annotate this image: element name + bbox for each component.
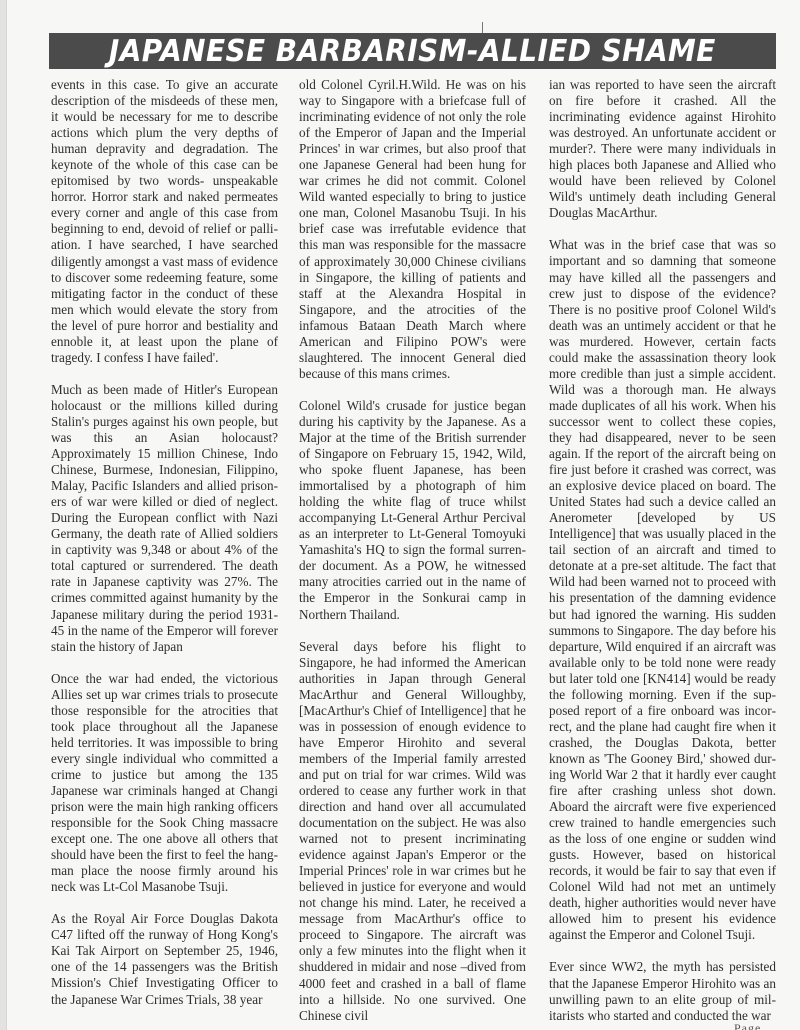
paragraph: old Colonel Cyril.H.Wild. He was on his … bbox=[299, 77, 526, 382]
paragraph: Several days before his flight to Singap… bbox=[299, 639, 526, 1024]
text-column-3: ian was reported to have seen the aircra… bbox=[549, 77, 776, 1024]
paragraph: events in this case. To give an accurate… bbox=[51, 77, 278, 366]
continued-footer: Page... bbox=[734, 1021, 773, 1030]
paragraph: As the Royal Air Force Douglas Dakota C4… bbox=[51, 911, 278, 1007]
paragraph: What was in the brief case that was so i… bbox=[549, 237, 776, 943]
paragraph: Ever since WW2, the myth has persisted t… bbox=[549, 959, 776, 1023]
paragraph: Colonel Wild's crusade for justice began… bbox=[299, 398, 526, 623]
page-binding-edge bbox=[0, 0, 7, 1030]
text-column-2: old Colonel Cyril.H.Wild. He was on his … bbox=[299, 77, 526, 1024]
paragraph: Once the war had ended, the victorious A… bbox=[51, 671, 278, 896]
paragraph: Much as been made of Hitler's European h… bbox=[51, 382, 278, 655]
article-title-banner: JAPANESE BARBARISM-ALLIED SHAME bbox=[49, 33, 776, 69]
article-title: JAPANESE BARBARISM-ALLIED SHAME bbox=[109, 34, 716, 69]
registration-mark bbox=[482, 22, 483, 33]
text-column-1: events in this case. To give an accurate… bbox=[51, 77, 278, 1008]
paragraph: ian was reported to have seen the aircra… bbox=[549, 77, 776, 221]
